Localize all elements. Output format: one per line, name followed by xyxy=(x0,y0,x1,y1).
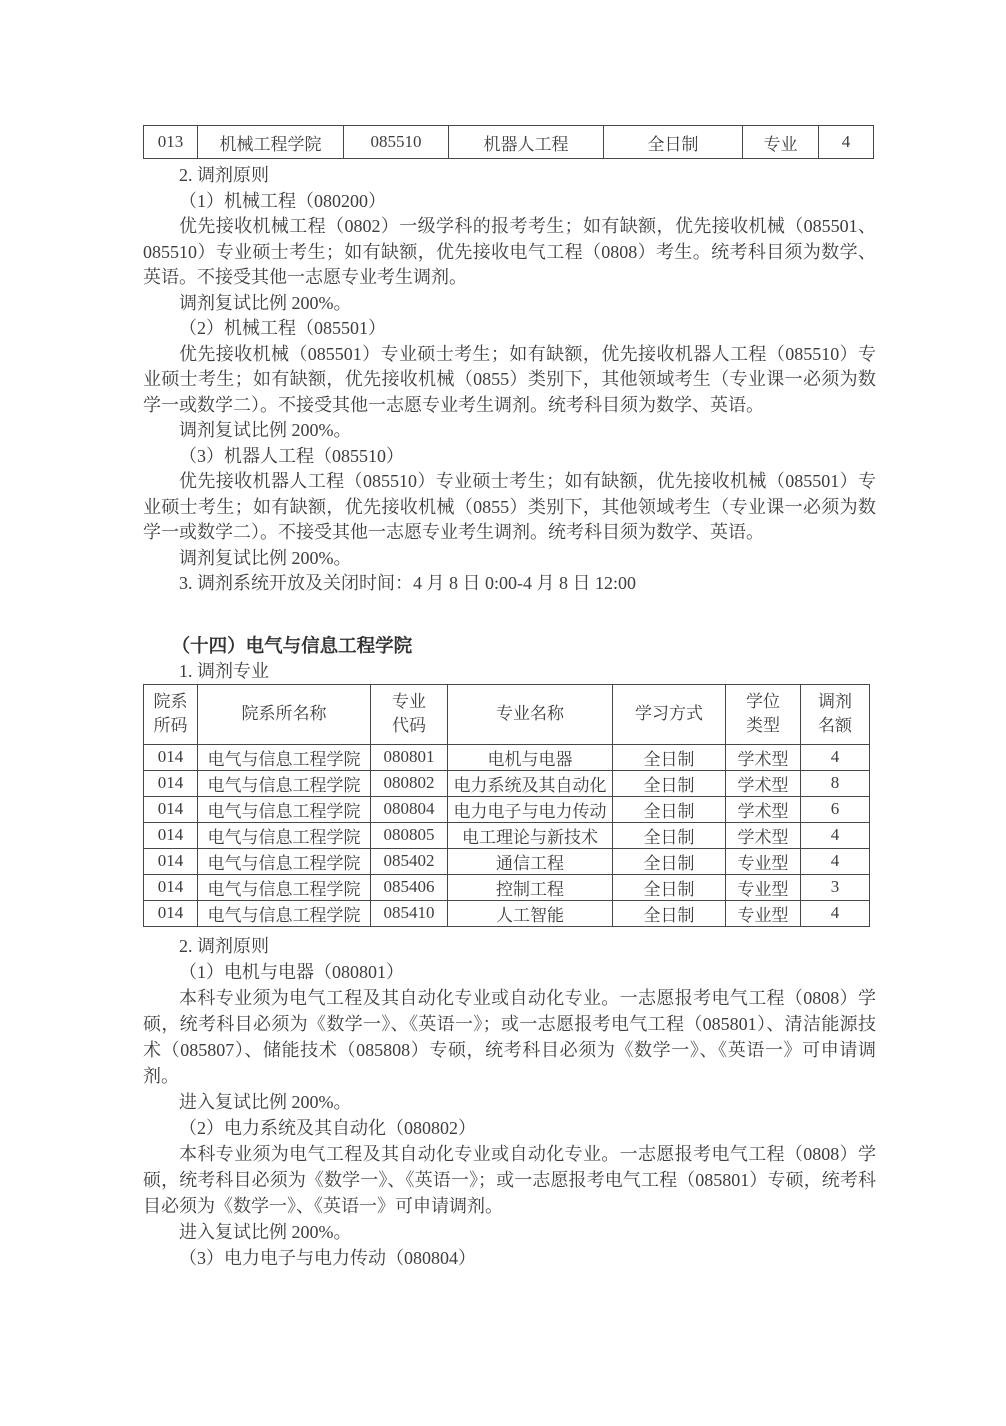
table-cell-dept-name: 电气与信息工程学院 xyxy=(198,900,371,926)
column-header-degree-type: 学位 类型 xyxy=(726,684,801,744)
table-cell-degree-type: 专业型 xyxy=(726,874,801,900)
table-cell-degree-type: 学术型 xyxy=(726,822,801,848)
table-cell-study-mode: 全日制 xyxy=(613,744,726,770)
table-cell-major-code: 085402 xyxy=(371,848,448,874)
table-cell-quota: 8 xyxy=(801,770,870,796)
table-cell-major-name: 人工智能 xyxy=(448,900,613,926)
item-2-ratio: 进入复试比例 200%。 xyxy=(143,1219,876,1245)
table-cell-major-name: 通信工程 xyxy=(448,848,613,874)
table-cell-study-mode: 全日制 xyxy=(613,770,726,796)
table-cell-quota: 6 xyxy=(801,796,870,822)
table-cell-study-mode: 全日制 xyxy=(613,900,726,926)
table-cell-dept-name: 电气与信息工程学院 xyxy=(198,796,371,822)
principles-title: 2. 调剂原则 xyxy=(143,933,876,959)
table-cell-major-name: 电机与电器 xyxy=(448,744,613,770)
table-cell-major-code: 080802 xyxy=(371,770,448,796)
table-cell-dept-name: 电气与信息工程学院 xyxy=(198,874,371,900)
table-row: 014 电气与信息工程学院 080805 电工理论与新技术 全日制 学术型 4 xyxy=(144,822,870,848)
table-cell-degree-type: 专业型 xyxy=(726,848,801,874)
table-cell-quota: 4 xyxy=(801,848,870,874)
table-cell-major-name: 电力电子与电力传动 xyxy=(448,796,613,822)
table-cell-dept-name: 电气与信息工程学院 xyxy=(198,822,371,848)
table-cell-dept-code: 014 xyxy=(144,874,198,900)
table-cell-major-name: 电工理论与新技术 xyxy=(448,822,613,848)
table-row: 014 电气与信息工程学院 080802 电力系统及其自动化 全日制 学术型 8 xyxy=(144,770,870,796)
table-cell-quota: 4 xyxy=(801,744,870,770)
table-cell-dept-code: 014 xyxy=(144,744,198,770)
item-2-body: 本科专业须为电气工程及其自动化专业或自动化专业。一志愿报考电气工程（0808）学… xyxy=(143,1141,876,1219)
column-header-dept-name: 院系所名称 xyxy=(198,684,371,744)
column-header-study-mode: 学习方式 xyxy=(613,684,726,744)
principles-title: 2. 调剂原则 xyxy=(143,163,876,189)
page-content: 013 机械工程学院 085510 机器人工程 全日制 专业 4 2. 调剂原则… xyxy=(143,0,876,1271)
document-page: 013 机械工程学院 085510 机器人工程 全日制 专业 4 2. 调剂原则… xyxy=(0,0,1006,1426)
item-1-heading: （1）机械工程（080200） xyxy=(143,189,876,215)
table-cell-major-name: 控制工程 xyxy=(448,874,613,900)
item-1-ratio: 进入复试比例 200%。 xyxy=(143,1089,876,1115)
table-cell-degree-type: 学术型 xyxy=(726,770,801,796)
item-1-body: 本科专业须为电气工程及其自动化专业或自动化专业。一志愿报考电气工程（0808）学… xyxy=(143,985,876,1089)
item-3-heading: （3）电力电子与电力传动（080804） xyxy=(143,1245,876,1271)
item-3-ratio: 调剂复试比例 200%。 xyxy=(143,546,876,572)
table-cell-major-code: 085406 xyxy=(371,874,448,900)
column-header-major-name: 专业名称 xyxy=(448,684,613,744)
table-row: 013 机械工程学院 085510 机器人工程 全日制 专业 4 xyxy=(144,126,874,159)
table-cell-dept-name: 电气与信息工程学院 xyxy=(198,848,371,874)
section-14-subheading: 1. 调剂专业 xyxy=(143,659,876,683)
table-cell-major-code: 080805 xyxy=(371,822,448,848)
table-cell-dept-code: 014 xyxy=(144,900,198,926)
column-header-quota: 调剂 名额 xyxy=(801,684,870,744)
table-cell-quota: 3 xyxy=(801,874,870,900)
item-3-heading: （3）机器人工程（085510） xyxy=(143,444,876,470)
table-cell-degree-type: 学术型 xyxy=(726,744,801,770)
table-cell-study-mode: 全日制 xyxy=(613,796,726,822)
table-cell-major-name: 机器人工程 xyxy=(449,126,604,159)
item-1-heading: （1）电机与电器（080801） xyxy=(143,959,876,985)
table-row: 014 电气与信息工程学院 085410 人工智能 全日制 专业型 4 xyxy=(144,900,870,926)
table-cell-major-code: 080804 xyxy=(371,796,448,822)
table-cell-dept-name: 电气与信息工程学院 xyxy=(198,744,371,770)
table-cell-degree-type: 专业 xyxy=(743,126,819,159)
table-row: 014 电气与信息工程学院 080804 电力电子与电力传动 全日制 学术型 6 xyxy=(144,796,870,822)
item-3-body: 优先接收机器人工程（085510）专业硕士考生；如有缺额，优先接收机械（0855… xyxy=(143,469,876,546)
table-cell-study-mode: 全日制 xyxy=(613,822,726,848)
table-cell-quota: 4 xyxy=(801,900,870,926)
table-cell-dept-name: 机械工程学院 xyxy=(198,126,344,159)
system-open-time: 3. 调剂系统开放及关闭时间：4 月 8 日 0:00-4 月 8 日 12:0… xyxy=(143,571,876,597)
table-cell-dept-code: 014 xyxy=(144,770,198,796)
table-cell-quota: 4 xyxy=(801,822,870,848)
mechanical-college-adjustment-table: 013 机械工程学院 085510 机器人工程 全日制 专业 4 xyxy=(143,125,874,159)
table-cell-study-mode: 全日制 xyxy=(613,848,726,874)
table-row: 014 电气与信息工程学院 080801 电机与电器 全日制 学术型 4 xyxy=(144,744,870,770)
section-14-principles: 2. 调剂原则 （1）电机与电器（080801） 本科专业须为电气工程及其自动化… xyxy=(143,933,876,1271)
column-header-major-code: 专业 代码 xyxy=(371,684,448,744)
table-cell-major-code: 080801 xyxy=(371,744,448,770)
table-cell-dept-code: 014 xyxy=(144,822,198,848)
table-cell-major-code: 085510 xyxy=(344,126,449,159)
column-header-dept-code: 院系 所码 xyxy=(144,684,198,744)
item-2-heading: （2）电力系统及其自动化（080802） xyxy=(143,1115,876,1141)
table-cell-dept-code: 014 xyxy=(144,796,198,822)
item-1-ratio: 调剂复试比例 200%。 xyxy=(143,291,876,317)
table-header-row: 院系 所码 院系所名称 专业 代码 专业名称 学习方式 学位 类型 调剂 名额 xyxy=(144,684,870,744)
table-row: 014 电气与信息工程学院 085406 控制工程 全日制 专业型 3 xyxy=(144,874,870,900)
table-cell-degree-type: 专业型 xyxy=(726,900,801,926)
table-cell-study-mode: 全日制 xyxy=(613,874,726,900)
table-cell-degree-type: 学术型 xyxy=(726,796,801,822)
item-2-ratio: 调剂复试比例 200%。 xyxy=(143,418,876,444)
section-13-principles: 2. 调剂原则 （1）机械工程（080200） 优先接收机械工程（0802）一级… xyxy=(143,163,876,597)
item-2-heading: （2）机械工程（085501） xyxy=(143,316,876,342)
item-2-body: 优先接收机械（085501）专业硕士考生；如有缺额，优先接收机器人工程（0855… xyxy=(143,342,876,419)
section-14-heading: （十四）电气与信息工程学院 xyxy=(143,633,876,659)
table-cell-major-code: 085410 xyxy=(371,900,448,926)
item-1-body: 优先接收机械工程（0802）一级学科的报考考生；如有缺额，优先接收机械（0855… xyxy=(143,214,876,291)
table-cell-quota: 4 xyxy=(819,126,874,159)
table-cell-study-mode: 全日制 xyxy=(604,126,743,159)
table-cell-dept-code: 014 xyxy=(144,848,198,874)
table-cell-dept-code: 013 xyxy=(144,126,198,159)
table-row: 014 电气与信息工程学院 085402 通信工程 全日制 专业型 4 xyxy=(144,848,870,874)
electrical-college-adjustment-table: 院系 所码 院系所名称 专业 代码 专业名称 学习方式 学位 类型 调剂 名额 … xyxy=(143,684,870,927)
table-cell-dept-name: 电气与信息工程学院 xyxy=(198,770,371,796)
table-cell-major-name: 电力系统及其自动化 xyxy=(448,770,613,796)
